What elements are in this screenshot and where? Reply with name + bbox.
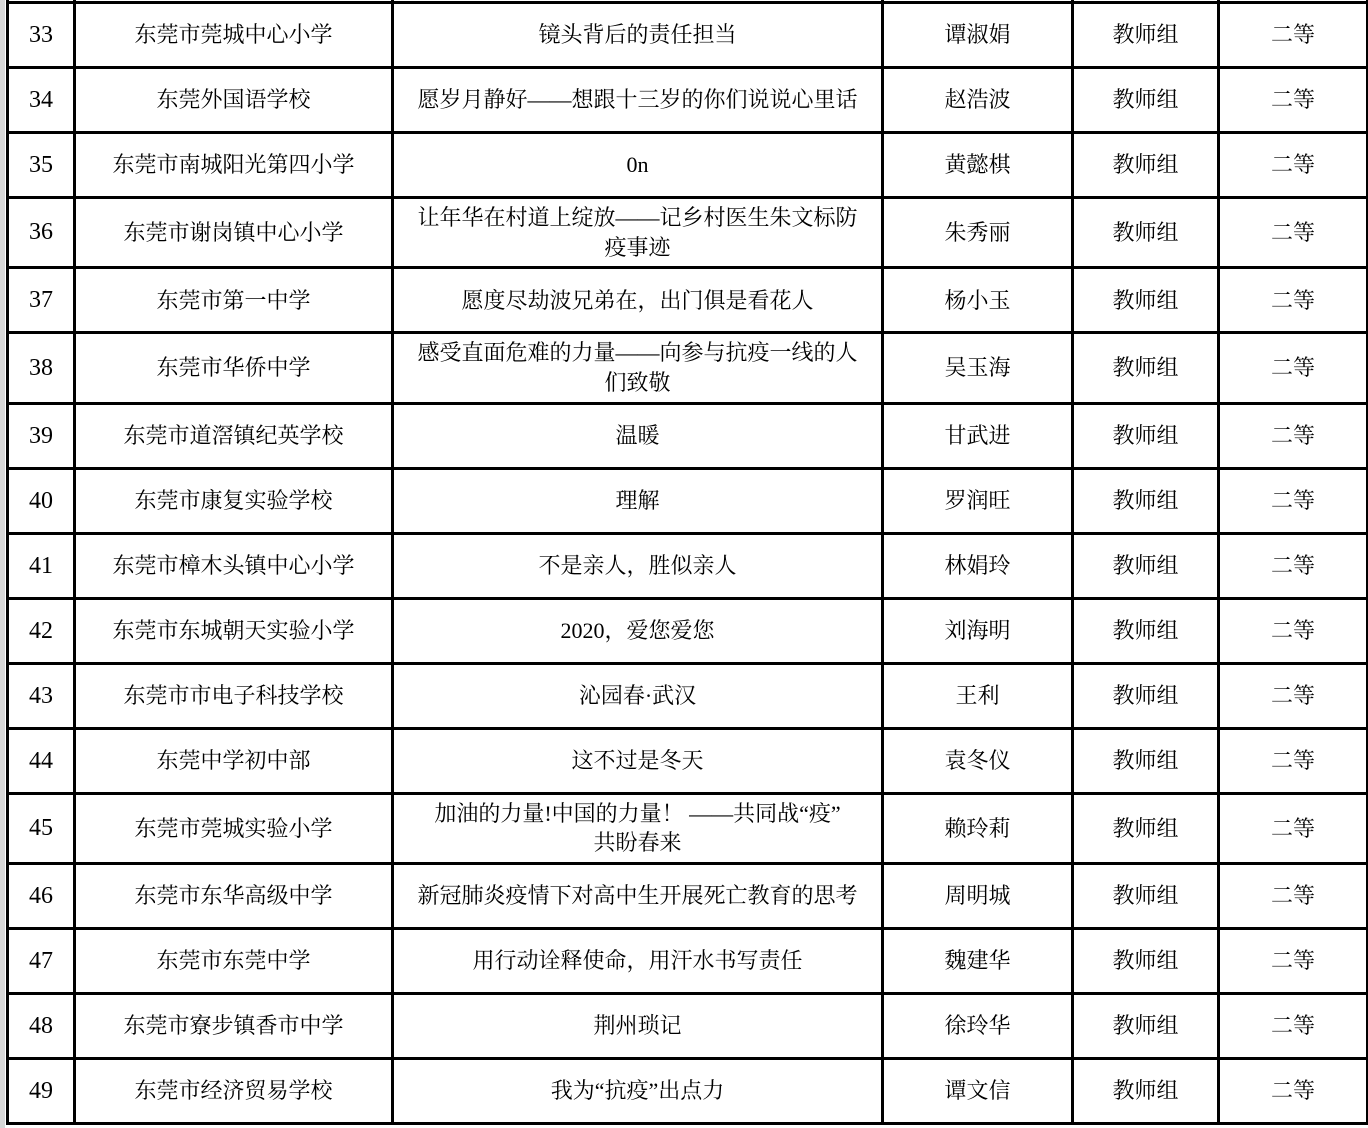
author-cell: 谭淑娟 [883, 3, 1073, 68]
author-cell: 袁冬仪 [883, 728, 1073, 793]
school-cell: 东莞市华侨中学 [75, 333, 393, 403]
group-cell: 教师组 [1073, 68, 1219, 133]
award-level-cell: 二等 [1219, 198, 1368, 268]
group-cell: 教师组 [1073, 994, 1219, 1059]
row-number-cell: 33 [8, 3, 75, 68]
row-number-cell: 41 [8, 533, 75, 598]
school-cell: 东莞市莞城中心小学 [75, 3, 393, 68]
author-cell: 杨小玉 [883, 268, 1073, 333]
school-cell: 东莞市康复实验学校 [75, 468, 393, 533]
author-cell: 周明城 [883, 864, 1073, 929]
work-title-cell: 愿岁月静好——想跟十三岁的你们说说心里话 [393, 68, 883, 133]
work-title-cell: 新冠肺炎疫情下对高中生开展死亡教育的思考 [393, 864, 883, 929]
school-cell: 东莞市东城朝天实验小学 [75, 598, 393, 663]
row-number-cell: 48 [8, 994, 75, 1059]
school-cell: 东莞中学初中部 [75, 728, 393, 793]
award-level-cell: 二等 [1219, 268, 1368, 333]
group-cell: 教师组 [1073, 663, 1219, 728]
group-cell: 教师组 [1073, 728, 1219, 793]
award-level-cell: 二等 [1219, 793, 1368, 863]
group-cell: 教师组 [1073, 533, 1219, 598]
author-cell: 魏建华 [883, 929, 1073, 994]
spreadsheet-edge-strip [0, 0, 5, 1128]
author-cell: 罗润旺 [883, 468, 1073, 533]
group-cell: 教师组 [1073, 929, 1219, 994]
school-cell: 东莞市谢岗镇中心小学 [75, 198, 393, 268]
work-title-cell: 这不过是冬天 [393, 728, 883, 793]
row-number-cell: 36 [8, 198, 75, 268]
group-cell: 教师组 [1073, 133, 1219, 198]
table-row: 39 东莞市道滘镇纪英学校 温暖 甘武进 教师组 二等 [8, 403, 1368, 468]
author-cell: 谭文信 [883, 1059, 1073, 1124]
table-row: 45 东莞市莞城实验小学 加油的力量!中国的力量！ ——共同战“疫” 共盼春来 … [8, 793, 1368, 863]
school-cell: 东莞市寮步镇香市中学 [75, 994, 393, 1059]
table-row: 36 东莞市谢岗镇中心小学 让年华在村道上绽放——记乡村医生朱文标防 疫事迹 朱… [8, 198, 1368, 268]
row-number-cell: 39 [8, 403, 75, 468]
row-number-cell: 44 [8, 728, 75, 793]
award-level-cell: 二等 [1219, 468, 1368, 533]
group-cell: 教师组 [1073, 198, 1219, 268]
awards-table-body: 33 东莞市莞城中心小学 镜头背后的责任担当 谭淑娟 教师组 二等 34 东莞外… [8, 0, 1368, 1124]
group-cell: 教师组 [1073, 793, 1219, 863]
group-cell: 教师组 [1073, 598, 1219, 663]
award-level-cell: 二等 [1219, 994, 1368, 1059]
group-cell: 教师组 [1073, 864, 1219, 929]
work-title-cell: 沁园春·武汉 [393, 663, 883, 728]
table-row: 38 东莞市华侨中学 感受直面危难的力量——向参与抗疫一线的人 们致敬 吴玉海 … [8, 333, 1368, 403]
group-cell: 教师组 [1073, 333, 1219, 403]
table-row: 46 东莞市东华高级中学 新冠肺炎疫情下对高中生开展死亡教育的思考 周明城 教师… [8, 864, 1368, 929]
work-title-cell: 用行动诠释使命，用汗水书写责任 [393, 929, 883, 994]
awards-table: 33 东莞市莞城中心小学 镜头背后的责任担当 谭淑娟 教师组 二等 34 东莞外… [6, 0, 1368, 1125]
award-level-cell: 二等 [1219, 663, 1368, 728]
award-level-cell: 二等 [1219, 728, 1368, 793]
school-cell: 东莞外国语学校 [75, 68, 393, 133]
row-number-cell: 46 [8, 864, 75, 929]
work-title-cell: 0n [393, 133, 883, 198]
work-title-cell: 镜头背后的责任担当 [393, 3, 883, 68]
table-row: 44 东莞中学初中部 这不过是冬天 袁冬仪 教师组 二等 [8, 728, 1368, 793]
row-number-cell: 43 [8, 663, 75, 728]
group-cell: 教师组 [1073, 468, 1219, 533]
author-cell: 林娟玲 [883, 533, 1073, 598]
work-title-cell: 愿度尽劫波兄弟在，出门俱是看花人 [393, 268, 883, 333]
school-cell: 东莞市莞城实验小学 [75, 793, 393, 863]
table-row: 42 东莞市东城朝天实验小学 2020，爱您爱您 刘海明 教师组 二等 [8, 598, 1368, 663]
work-title-cell: 不是亲人，胜似亲人 [393, 533, 883, 598]
row-number-cell: 35 [8, 133, 75, 198]
school-cell: 东莞市第一中学 [75, 268, 393, 333]
table-row: 49 东莞市经济贸易学校 我为“抗疫”出点力 谭文信 教师组 二等 [8, 1059, 1368, 1124]
author-cell: 王利 [883, 663, 1073, 728]
table-row: 34 东莞外国语学校 愿岁月静好——想跟十三岁的你们说说心里话 赵浩波 教师组 … [8, 68, 1368, 133]
author-cell: 黄懿棋 [883, 133, 1073, 198]
award-level-cell: 二等 [1219, 403, 1368, 468]
award-level-cell: 二等 [1219, 68, 1368, 133]
row-number-cell: 47 [8, 929, 75, 994]
row-number-cell: 40 [8, 468, 75, 533]
table-row: 43 东莞市市电子科技学校 沁园春·武汉 王利 教师组 二等 [8, 663, 1368, 728]
work-title-cell: 理解 [393, 468, 883, 533]
author-cell: 赖玲莉 [883, 793, 1073, 863]
award-level-cell: 二等 [1219, 333, 1368, 403]
school-cell: 东莞市市电子科技学校 [75, 663, 393, 728]
work-title-cell: 温暖 [393, 403, 883, 468]
work-title-cell: 荆州琐记 [393, 994, 883, 1059]
author-cell: 刘海明 [883, 598, 1073, 663]
award-level-cell: 二等 [1219, 598, 1368, 663]
table-row: 48 东莞市寮步镇香市中学 荆州琐记 徐玲华 教师组 二等 [8, 994, 1368, 1059]
row-number-cell: 42 [8, 598, 75, 663]
award-level-cell: 二等 [1219, 3, 1368, 68]
award-level-cell: 二等 [1219, 133, 1368, 198]
work-title-cell: 加油的力量!中国的力量！ ——共同战“疫” 共盼春来 [393, 793, 883, 863]
row-number-cell: 37 [8, 268, 75, 333]
group-cell: 教师组 [1073, 1059, 1219, 1124]
table-row: 37 东莞市第一中学 愿度尽劫波兄弟在，出门俱是看花人 杨小玉 教师组 二等 [8, 268, 1368, 333]
row-number-cell: 45 [8, 793, 75, 863]
work-title-cell: 感受直面危难的力量——向参与抗疫一线的人 们致敬 [393, 333, 883, 403]
work-title-cell: 让年华在村道上绽放——记乡村医生朱文标防 疫事迹 [393, 198, 883, 268]
school-cell: 东莞市东莞中学 [75, 929, 393, 994]
work-title-cell: 2020，爱您爱您 [393, 598, 883, 663]
school-cell: 东莞市经济贸易学校 [75, 1059, 393, 1124]
table-row: 47 东莞市东莞中学 用行动诠释使命，用汗水书写责任 魏建华 教师组 二等 [8, 929, 1368, 994]
group-cell: 教师组 [1073, 403, 1219, 468]
table-row: 35 东莞市南城阳光第四小学 0n 黄懿棋 教师组 二等 [8, 133, 1368, 198]
table-row: 40 东莞市康复实验学校 理解 罗润旺 教师组 二等 [8, 468, 1368, 533]
school-cell: 东莞市道滘镇纪英学校 [75, 403, 393, 468]
author-cell: 甘武进 [883, 403, 1073, 468]
author-cell: 朱秀丽 [883, 198, 1073, 268]
group-cell: 教师组 [1073, 268, 1219, 333]
author-cell: 赵浩波 [883, 68, 1073, 133]
author-cell: 徐玲华 [883, 994, 1073, 1059]
award-level-cell: 二等 [1219, 1059, 1368, 1124]
table-row: 41 东莞市樟木头镇中心小学 不是亲人，胜似亲人 林娟玲 教师组 二等 [8, 533, 1368, 598]
table-row: 33 东莞市莞城中心小学 镜头背后的责任担当 谭淑娟 教师组 二等 [8, 3, 1368, 68]
award-level-cell: 二等 [1219, 929, 1368, 994]
work-title-cell: 我为“抗疫”出点力 [393, 1059, 883, 1124]
row-number-cell: 38 [8, 333, 75, 403]
school-cell: 东莞市东华高级中学 [75, 864, 393, 929]
award-level-cell: 二等 [1219, 864, 1368, 929]
award-level-cell: 二等 [1219, 533, 1368, 598]
school-cell: 东莞市樟木头镇中心小学 [75, 533, 393, 598]
school-cell: 东莞市南城阳光第四小学 [75, 133, 393, 198]
author-cell: 吴玉海 [883, 333, 1073, 403]
group-cell: 教师组 [1073, 3, 1219, 68]
row-number-cell: 34 [8, 68, 75, 133]
row-number-cell: 49 [8, 1059, 75, 1124]
